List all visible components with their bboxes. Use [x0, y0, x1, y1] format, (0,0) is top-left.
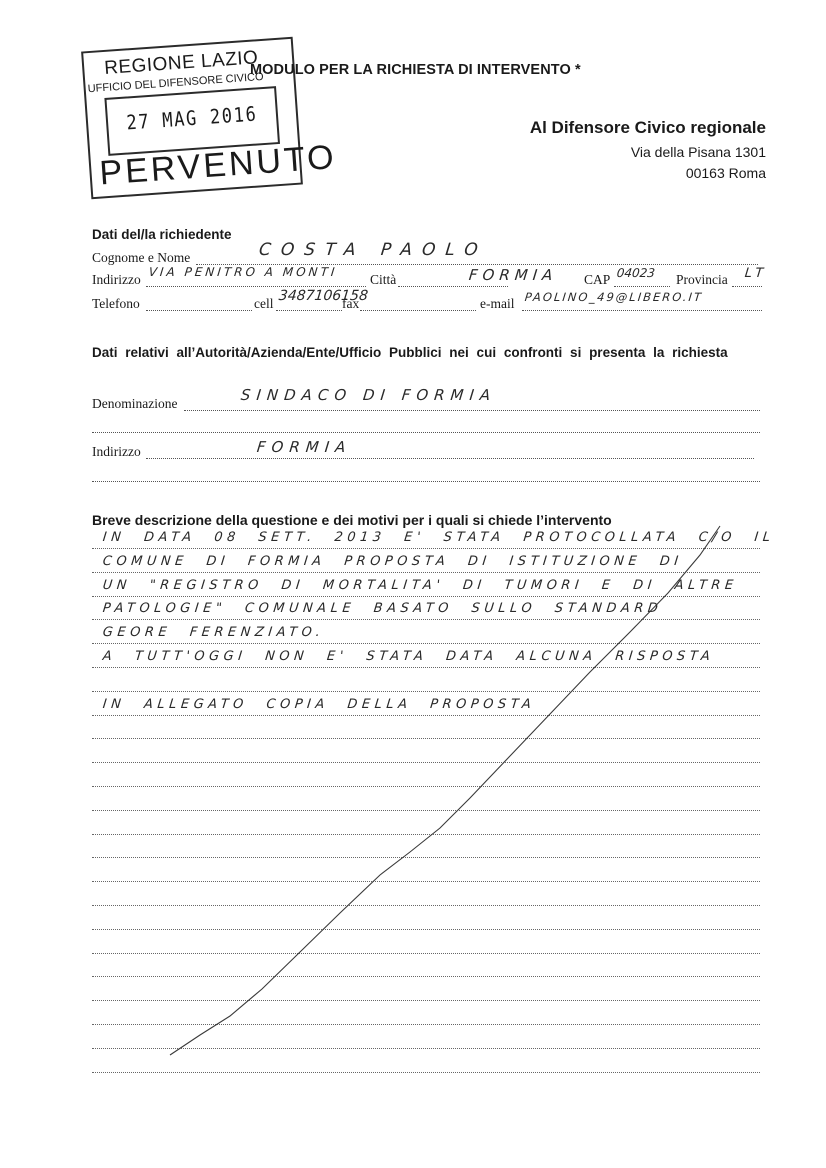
strike-through-line — [0, 0, 826, 1168]
strike-through-stroke — [170, 526, 720, 1055]
